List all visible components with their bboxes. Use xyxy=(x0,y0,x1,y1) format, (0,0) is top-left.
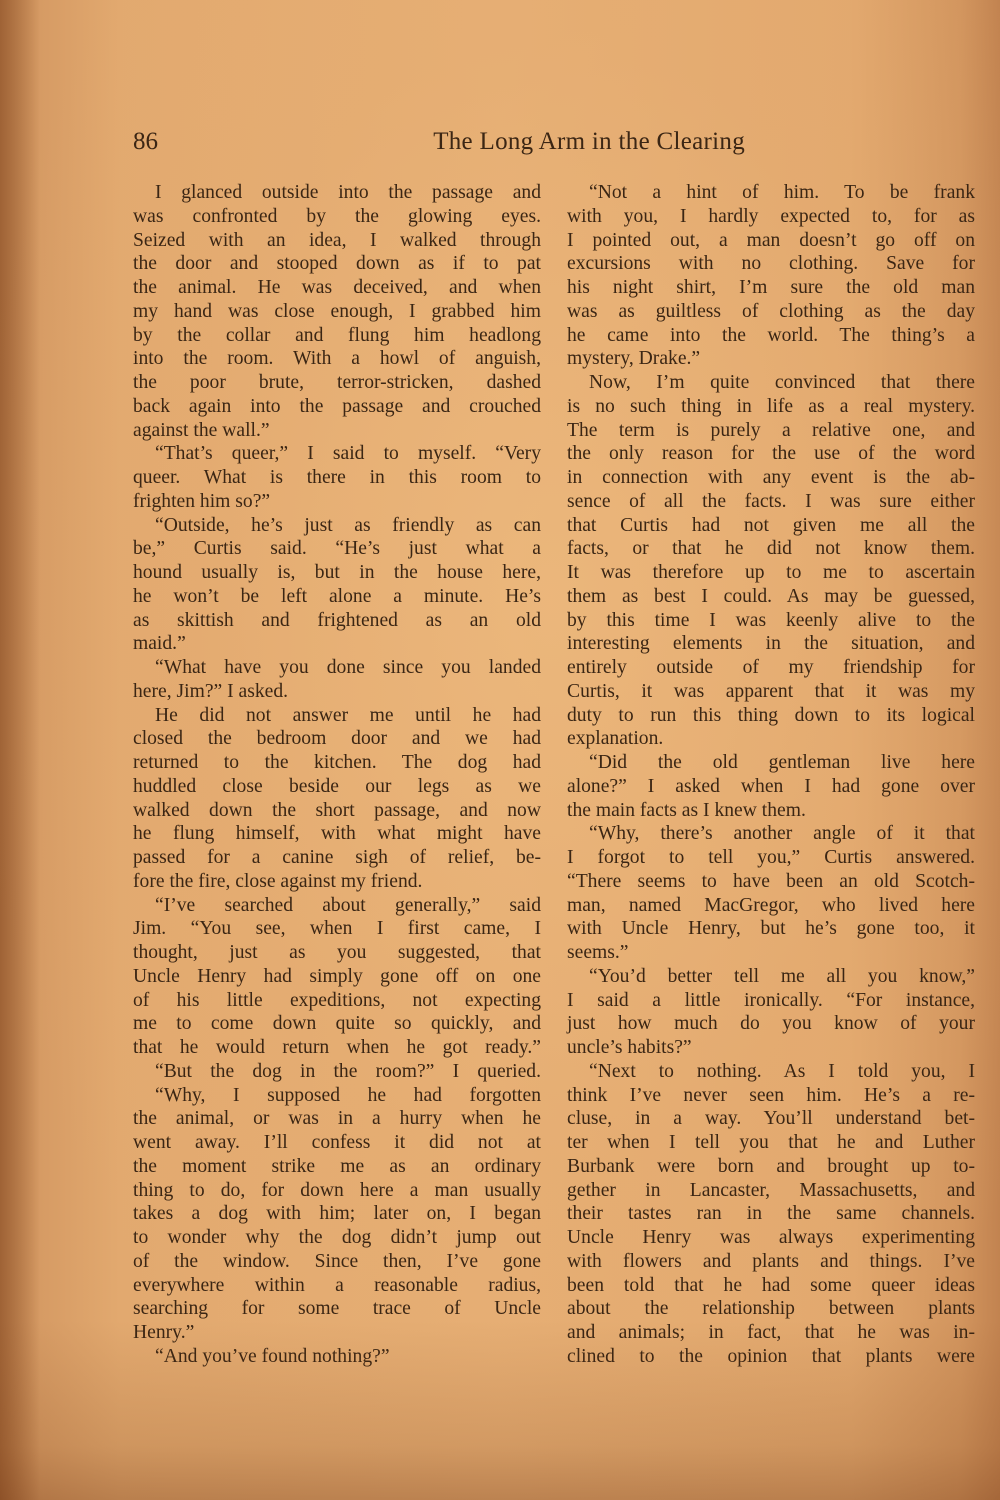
text-line: hound usually is, but in the house here, xyxy=(133,561,541,585)
text-line: “There seems to have been an old Scotch- xyxy=(567,870,975,894)
text-line: here, Jim?” I asked. xyxy=(133,680,541,704)
text-line: just how much do you know of your xyxy=(567,1012,975,1036)
text-line: interesting elements in the situation, a… xyxy=(567,632,975,656)
text-line: clined to the opinion that plants were xyxy=(567,1345,975,1369)
text-line: went away. I’ll confess it did not at xyxy=(133,1131,541,1155)
text-line: my hand was close enough, I grabbed him xyxy=(133,300,541,324)
text-line: “What have you done since you landed xyxy=(133,656,541,680)
text-line: The term is purely a relative one, and xyxy=(567,419,975,443)
text-line: duty to run this thing down to its logic… xyxy=(567,704,975,728)
text-line: about the relationship between plants xyxy=(567,1297,975,1321)
text-line: I glanced outside into the passage and xyxy=(133,181,541,205)
text-line: seems.” xyxy=(567,941,975,965)
text-line: he came into the world. The thing’s a xyxy=(567,324,975,348)
running-header: 86 The Long Arm in the Clearing xyxy=(133,128,745,162)
text-line: think I’ve never seen him. He’s a re- xyxy=(567,1084,975,1108)
text-line: Seized with an idea, I walked through xyxy=(133,229,541,253)
text-line: against the wall.” xyxy=(133,419,541,443)
text-line: fore the fire, close against my friend. xyxy=(133,870,541,894)
text-line: He did not answer me until he had xyxy=(133,704,541,728)
text-line: the door and stooped down as if to pat xyxy=(133,252,541,276)
text-line: takes a dog with him; later on, I began xyxy=(133,1202,541,1226)
text-line: he won’t be left alone a minute. He’s xyxy=(133,585,541,609)
text-line: “But the dog in the room?” I queried. xyxy=(133,1060,541,1084)
text-line: “Why, I supposed he had forgotten xyxy=(133,1084,541,1108)
text-line: uncle’s habits?” xyxy=(567,1036,975,1060)
text-line: he flung himself, with what might have xyxy=(133,822,541,846)
text-line: “And you’ve found nothing?” xyxy=(133,1345,541,1369)
text-line: with flowers and plants and things. I’ve xyxy=(567,1250,975,1274)
text-line: that he would return when he got ready.” xyxy=(133,1036,541,1060)
text-line: been told that he had some queer ideas xyxy=(567,1274,975,1298)
text-line: back again into the passage and crouched xyxy=(133,395,541,419)
text-line: ter when I tell you that he and Luther xyxy=(567,1131,975,1155)
text-line: cluse, in a way. You’ll understand bet- xyxy=(567,1107,975,1131)
text-line: Burbank were born and brought up to- xyxy=(567,1155,975,1179)
book-page: 86 The Long Arm in the Clearing I glance… xyxy=(0,0,1000,1500)
text-line: frighten him so?” xyxy=(133,490,541,514)
text-line: Uncle Henry had simply gone off on one xyxy=(133,965,541,989)
text-line: the poor brute, terror-stricken, dashed xyxy=(133,371,541,395)
text-line: is no such thing in life as a real myste… xyxy=(567,395,975,419)
text-line: “That’s queer,” I said to myself. “Very xyxy=(133,442,541,466)
text-line: the only reason for the use of the word xyxy=(567,442,975,466)
text-line: with Uncle Henry, but he’s gone too, it xyxy=(567,917,975,941)
text-line: queer. What is there in this room to xyxy=(133,466,541,490)
text-line: Curtis, it was apparent that it was my xyxy=(567,680,975,704)
text-line: of the window. Since then, I’ve gone xyxy=(133,1250,541,1274)
text-line: in connection with any event is the ab- xyxy=(567,466,975,490)
text-line: be,” Curtis said. “He’s just what a xyxy=(133,537,541,561)
text-line: their tastes ran in the same channels. xyxy=(567,1202,975,1226)
right-column: “Not a hint of him. To be frankwith you,… xyxy=(567,181,975,1369)
text-line: closed the bedroom door and we had xyxy=(133,727,541,751)
text-line: Henry.” xyxy=(133,1321,541,1345)
text-line: Jim. “You see, when I first came, I xyxy=(133,917,541,941)
text-line: “Next to nothing. As I told you, I xyxy=(567,1060,975,1084)
text-line: facts, or that he did not know them. xyxy=(567,537,975,561)
text-line: maid.” xyxy=(133,632,541,656)
text-line: mystery, Drake.” xyxy=(567,347,975,371)
text-line: the moment strike me as an ordinary xyxy=(133,1155,541,1179)
text-line: alone?” I asked when I had gone over xyxy=(567,775,975,799)
text-line: by the collar and flung him headlong xyxy=(133,324,541,348)
text-line: the main facts as I knew them. xyxy=(567,799,975,823)
text-line: as skittish and frightened as an old xyxy=(133,609,541,633)
text-line: thing to do, for down here a man usually xyxy=(133,1179,541,1203)
text-line: to wonder why the dog didn’t jump out xyxy=(133,1226,541,1250)
text-line: thought, just as you suggested, that xyxy=(133,941,541,965)
text-line: and animals; in fact, that he was in- xyxy=(567,1321,975,1345)
text-line: the animal. He was deceived, and when xyxy=(133,276,541,300)
text-line: the animal, or was in a hurry when he xyxy=(133,1107,541,1131)
text-line: Now, I’m quite convinced that there xyxy=(567,371,975,395)
text-line: excursions with no clothing. Save for xyxy=(567,252,975,276)
text-line: by this time I was keenly alive to the xyxy=(567,609,975,633)
text-line: everywhere within a reasonable radius, xyxy=(133,1274,541,1298)
text-line: was as guiltless of clothing as the day xyxy=(567,300,975,324)
text-line: “You’d better tell me all you know,” xyxy=(567,965,975,989)
text-line: returned to the kitchen. The dog had xyxy=(133,751,541,775)
text-line: me to come down quite so quickly, and xyxy=(133,1012,541,1036)
text-line: into the room. With a howl of anguish, xyxy=(133,347,541,371)
running-title: The Long Arm in the Clearing xyxy=(433,128,745,156)
text-line: “Outside, he’s just as friendly as can xyxy=(133,514,541,538)
text-line: explanation. xyxy=(567,727,975,751)
text-line: with you, I hardly expected to, for as xyxy=(567,205,975,229)
text-line: his night shirt, I’m sure the old man xyxy=(567,276,975,300)
page-number: 86 xyxy=(133,128,158,156)
text-line: sence of all the facts. I was sure eithe… xyxy=(567,490,975,514)
text-line: gether in Lancaster, Massachusetts, and xyxy=(567,1179,975,1203)
left-column: I glanced outside into the passage andwa… xyxy=(133,181,541,1369)
text-line: was confronted by the glowing eyes. xyxy=(133,205,541,229)
text-line: searching for some trace of Uncle xyxy=(133,1297,541,1321)
text-line: man, named MacGregor, who lived here xyxy=(567,894,975,918)
text-line: “I’ve searched about generally,” said xyxy=(133,894,541,918)
text-line: I forgot to tell you,” Curtis answered. xyxy=(567,846,975,870)
text-line: Uncle Henry was always experimenting xyxy=(567,1226,975,1250)
text-line: “Did the old gentleman live here xyxy=(567,751,975,775)
text-line: “Not a hint of him. To be frank xyxy=(567,181,975,205)
text-line: huddled close beside our legs as we xyxy=(133,775,541,799)
text-line: entirely outside of my friendship for xyxy=(567,656,975,680)
text-line: It was therefore up to me to ascertain xyxy=(567,561,975,585)
text-line: that Curtis had not given me all the xyxy=(567,514,975,538)
text-line: passed for a canine sigh of relief, be- xyxy=(133,846,541,870)
text-line: them as best I could. As may be guessed, xyxy=(567,585,975,609)
text-line: I pointed out, a man doesn’t go off on xyxy=(567,229,975,253)
text-line: “Why, there’s another angle of it that xyxy=(567,822,975,846)
text-line: I said a little ironically. “For instanc… xyxy=(567,989,975,1013)
text-line: of his little expeditions, not expecting xyxy=(133,989,541,1013)
text-line: walked down the short passage, and now xyxy=(133,799,541,823)
